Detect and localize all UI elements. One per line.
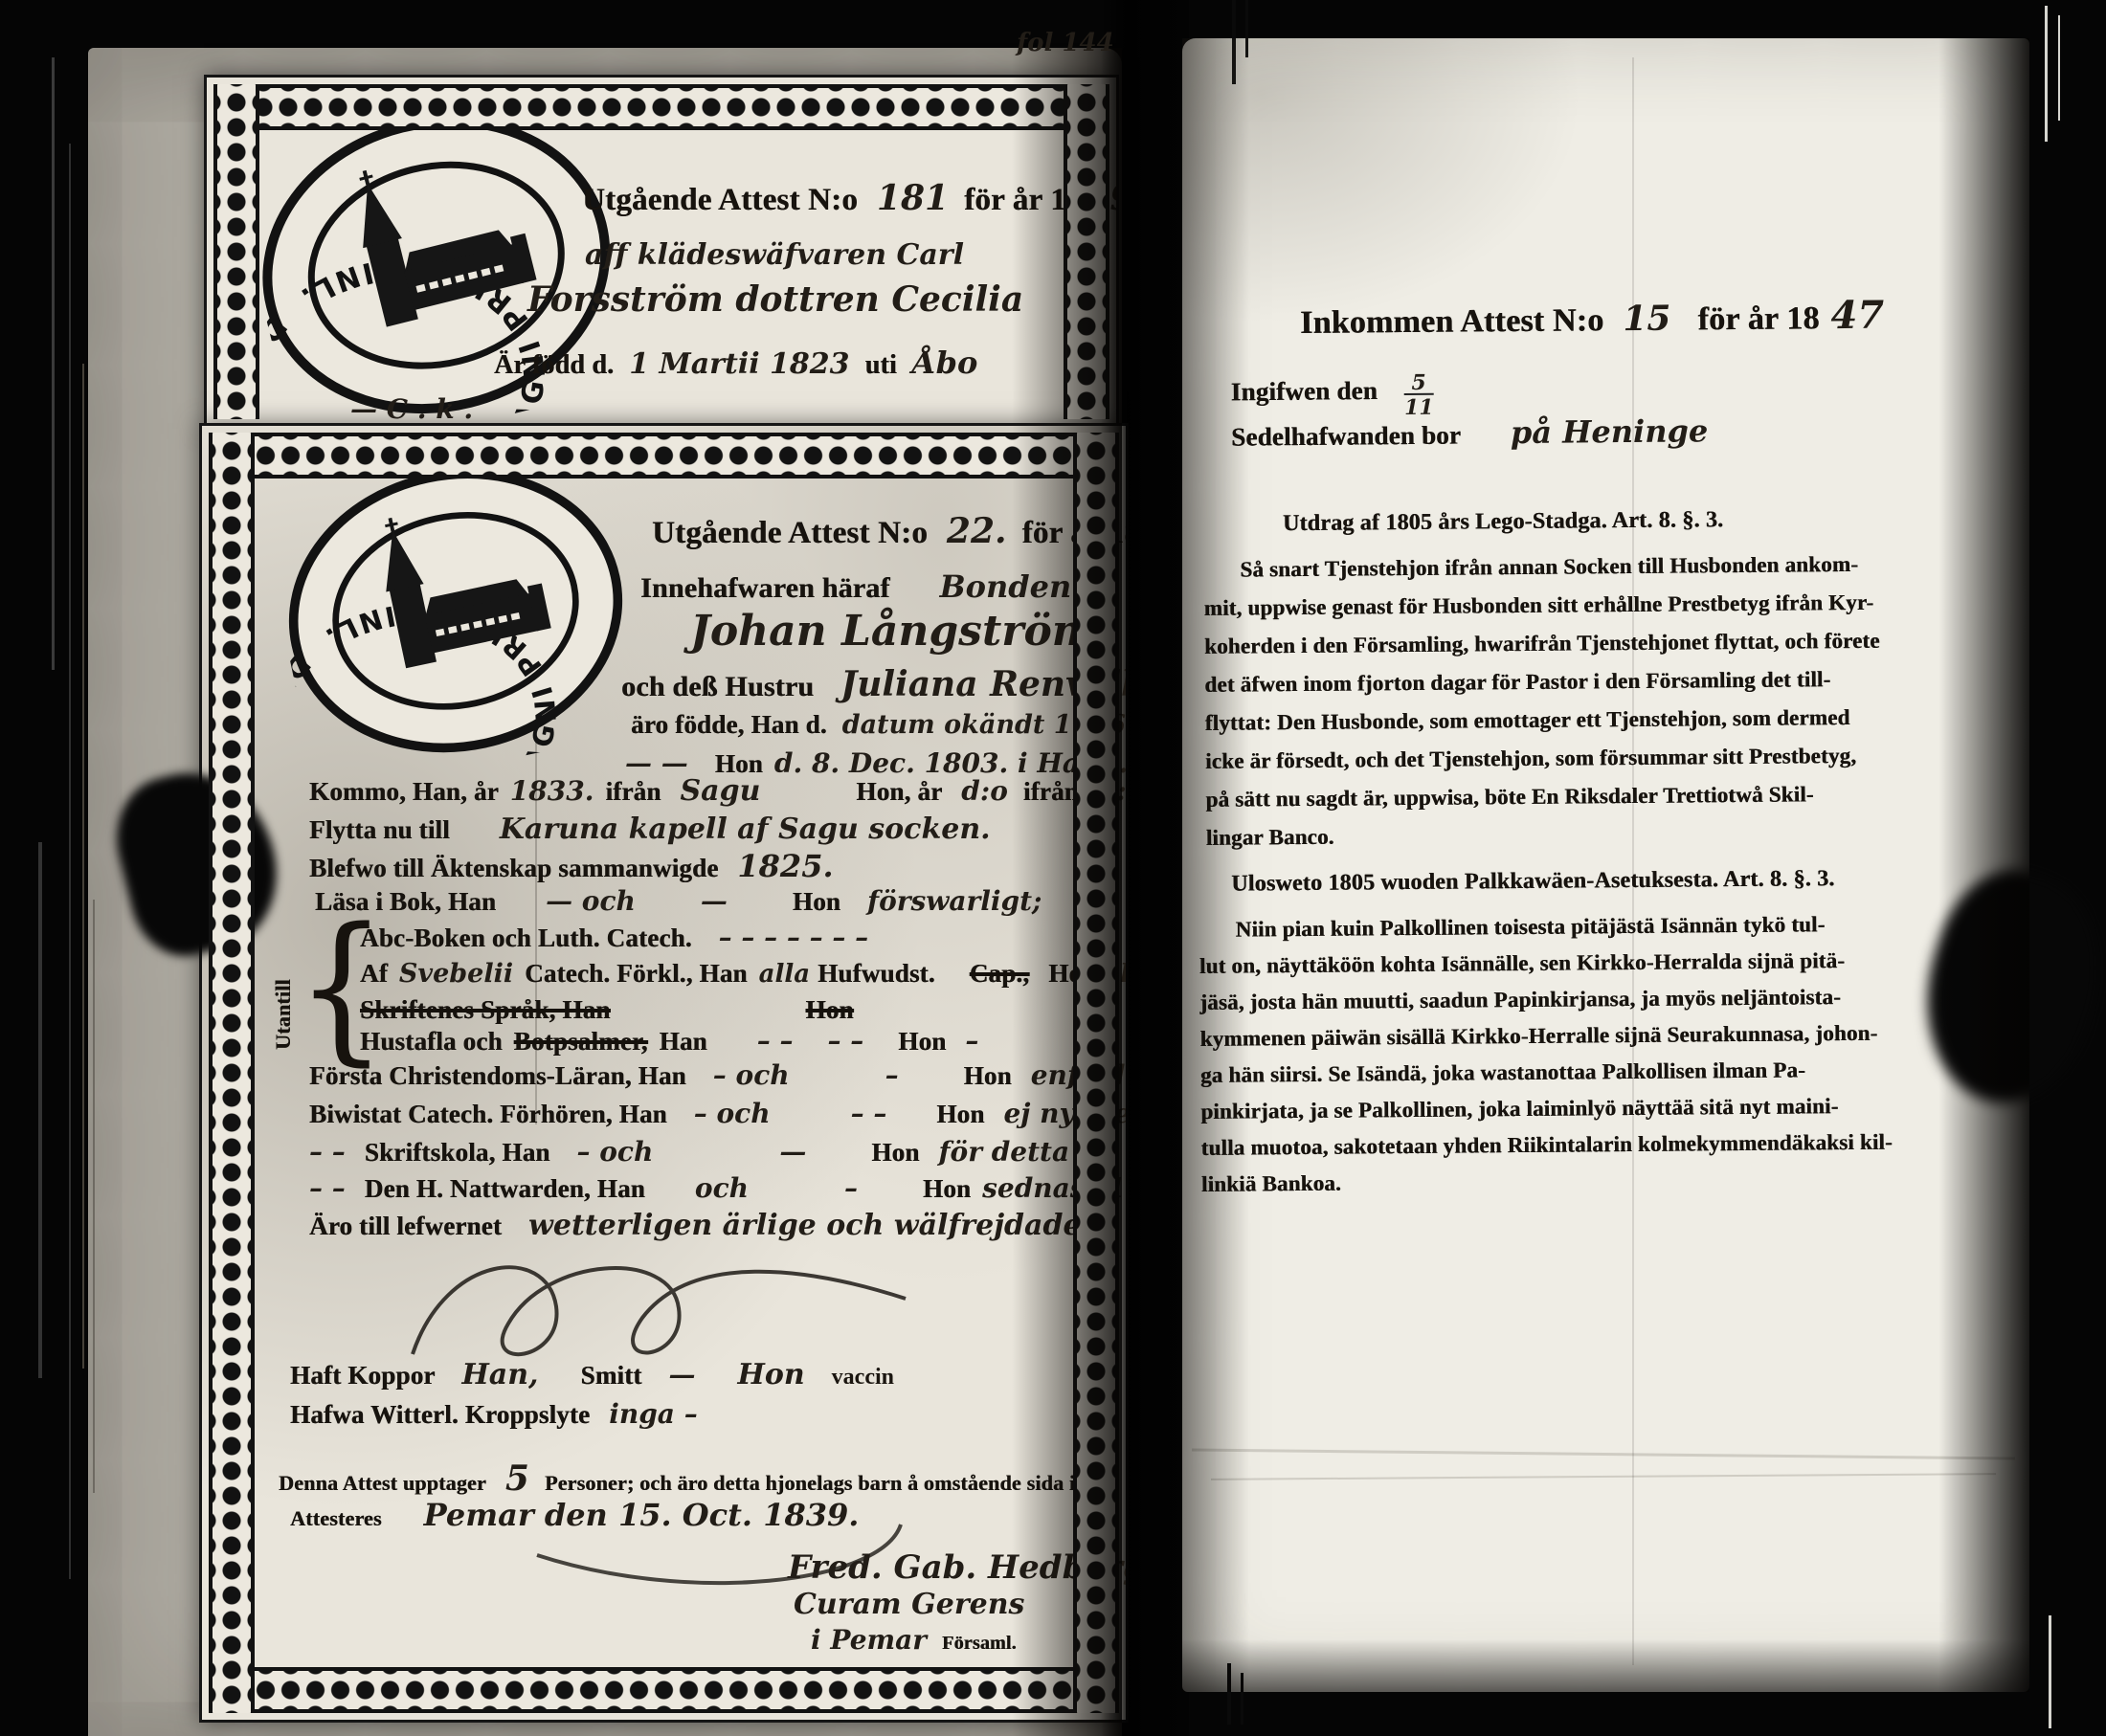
memory-label-text: Utantill xyxy=(271,979,295,1050)
finnish-line: Niin pian kuin Palkollinen toisesta pitä… xyxy=(1199,912,1825,943)
skrift-hon: Hon xyxy=(871,1138,919,1167)
lyte-value: inga – xyxy=(609,1398,697,1430)
move-line: Flytta nu till Karuna kapell af Sagu soc… xyxy=(309,814,991,845)
rosette-border-top xyxy=(209,433,1119,479)
title-year: 47 xyxy=(1830,293,1884,338)
binding-streak xyxy=(52,57,55,670)
forhor-label: Biwistat Catech. Förhören, Han xyxy=(309,1100,667,1128)
swedish-line: det äfwen inom fjorton dagar för Pastor … xyxy=(1204,667,1830,698)
lyte-line: Hafwa Witterl. Kroppslyte inga – xyxy=(290,1400,698,1428)
forhor-och: – och xyxy=(694,1098,771,1129)
came-from-label: ifrån xyxy=(605,777,661,806)
abc-line: Abc-Boken och Luth. Catech. – – – – – – … xyxy=(360,924,868,951)
bearer-line: Sedelhafwanden bor på Heninge xyxy=(1231,415,1708,452)
bearer-label: Sedelhafwanden bor xyxy=(1231,421,1461,452)
page-edge-shadow xyxy=(1938,38,2029,1692)
swedish-line: koherden i den Församling, hwarifrån Tje… xyxy=(1204,629,1880,659)
forhor-line: Biwistat Catech. Förhören, Han – och – –… xyxy=(309,1100,1129,1127)
skrift-label: Skriftskola, Han xyxy=(365,1138,550,1167)
title-number: 22. xyxy=(947,511,1007,551)
cat-svebelii: Svebelii xyxy=(399,959,513,989)
laran-hon: Hon xyxy=(964,1061,1012,1090)
married-line: Blefwo till Äktenskap sammanwigde 1825. xyxy=(309,851,834,883)
conduct-label: Äro till lefwernet xyxy=(309,1212,502,1240)
gutter-shadow xyxy=(1182,38,1249,1692)
cat-af: Af xyxy=(360,959,388,988)
hustafla-line: Hustafla och Botpsalmer, Han – – – – Hon… xyxy=(360,1027,978,1055)
page-bottom-shadow xyxy=(1182,1639,2029,1692)
binding-streak xyxy=(38,842,42,1378)
page-edge-shadow xyxy=(1012,48,1122,1736)
dash: — xyxy=(779,1136,806,1168)
cert-top-ink-fragment: — C . k . xyxy=(350,395,473,423)
born-value: 1 Martii 1823 xyxy=(629,347,849,381)
hustafla-han: Han xyxy=(660,1027,707,1056)
title-mid: för år 18 xyxy=(1697,300,1819,337)
came-wife-year: d:o xyxy=(961,775,1008,807)
married-label: Blefwo till Äktenskap sammanwigde xyxy=(309,854,718,882)
move-value: Karuna kapell af Sagu socken. xyxy=(500,812,991,846)
signature-title: Curam Gerens xyxy=(794,1588,1024,1621)
nattward-label: Den H. Nattwarden, Han xyxy=(365,1174,645,1203)
dash: – xyxy=(965,1025,978,1057)
dioecesis-aboensis-seal: DIOECESIS ABOENSIS MAGNI PRINC: FINL. xyxy=(257,432,657,799)
finnish-line: jäsä, josta hän muutti, saadun Papinkirj… xyxy=(1199,985,1841,1015)
swedish-heading: Utdrag af 1805 års Lego-Stadga. Art. 8. … xyxy=(1283,507,1724,537)
rosette-border-bottom xyxy=(209,1667,1119,1713)
binding-streak xyxy=(82,364,84,1369)
left-page: DIOECESIS ABOENSIS MAGNI PRINC: FINL. xyxy=(88,48,1122,1736)
married-year: 1825. xyxy=(737,848,833,884)
move-label: Flytta nu till xyxy=(309,815,450,844)
certificate-utgaende-attest-22: DIOECESIS ABOENSIS MAGNI PRINC: FINL. xyxy=(199,423,1129,1723)
abc-dashes: – – – – – – – xyxy=(719,922,869,953)
given-date-fraction: 5 11 xyxy=(1404,372,1434,418)
given-line: Ingifwen den 5 11 xyxy=(1231,372,1434,420)
fraction-denominator: 11 xyxy=(1404,393,1434,418)
folio-text: fol 144 xyxy=(1017,29,1114,57)
nattward-hon: Hon xyxy=(923,1174,971,1203)
finnish-line: lut on, näyttäköön kohta Isännälle, sen … xyxy=(1199,948,1845,979)
film-edge-line xyxy=(2049,1615,2051,1728)
folio-annotation: fol 144 xyxy=(1017,31,1114,56)
hw-text: Forsström dottren Cecilia xyxy=(527,279,1023,320)
dash: – – xyxy=(851,1098,887,1129)
hustafla-struck: Botpsalmer, xyxy=(514,1027,648,1056)
forhor-hon: Hon xyxy=(936,1100,984,1128)
rosette-border-left xyxy=(209,433,255,1713)
finnish-line: tulla muotoa, sakotetaan yhden Riikintal… xyxy=(1200,1130,1892,1161)
finnish-heading: Ulosweto 1805 wuoden Palkkawäen-Asetukse… xyxy=(1231,866,1834,897)
swedish-line: Så snart Tjenstehjon ifrån annan Socken … xyxy=(1203,552,1858,583)
born-label: äro födde, Han d. xyxy=(631,710,827,739)
wife-label: och deß Hustru xyxy=(621,671,814,702)
certificate-utgaende-attest-181: DIOECESIS ABOENSIS MAGNI PRINC: FINL. xyxy=(204,75,1119,429)
dash: — xyxy=(701,885,728,917)
came-wife-label: Hon, år xyxy=(856,777,942,806)
finnish-line: pinkirjata, ja se Palkollinen, joka laim… xyxy=(1200,1094,1838,1124)
holder-label: Innehafwaren häraf xyxy=(640,572,890,604)
laran-och: – och xyxy=(713,1059,790,1091)
binding-streak xyxy=(69,144,71,1579)
title-printed: Utgående Attest N:o xyxy=(652,516,928,550)
hustafla-label: Hustafla och xyxy=(360,1027,503,1056)
right-page: Inkommen Attest N:o 15 för år 18 47 Ingi… xyxy=(1182,38,2029,1692)
swedish-line: mit, uppwise genast för Husbonden sitt e… xyxy=(1204,590,1874,621)
script-hon-struck: Hon xyxy=(806,995,854,1024)
came-place: Sagu xyxy=(680,774,760,808)
born-place: Åbo xyxy=(912,345,978,381)
rosette-border-left xyxy=(213,84,259,419)
swedish-line: på sätt nu sagdt är, uppwisa, böte En Ri… xyxy=(1205,782,1813,812)
signature-parish-printed: Församl. xyxy=(942,1633,1017,1654)
cert-top-number: 181 xyxy=(877,178,949,218)
memory-vertical-label: Utantill xyxy=(271,979,296,1050)
hustafla-hon: Hon xyxy=(898,1027,946,1056)
abc-label: Abc-Boken och Luth. Catech. xyxy=(360,924,692,952)
rosette-border-top xyxy=(213,84,1109,130)
given-label: Ingifwen den xyxy=(1231,376,1378,406)
scripture-line-struck: Skriftenes Språk, Han Hon xyxy=(360,996,854,1023)
fraction-numerator: 5 xyxy=(1411,372,1426,393)
finnish-line: ga hän siirsi. Se Isändä, joka wastanott… xyxy=(1200,1057,1805,1088)
read-hon: Hon xyxy=(793,887,840,916)
came-line: Kommo, Han, år 1833. ifrån Sagu Hon, år … xyxy=(309,776,1129,807)
came-year: 1833. xyxy=(510,775,594,807)
swedish-line: flyttat: Den Husbonde, som emottager ett… xyxy=(1205,705,1850,736)
dash: — xyxy=(669,1359,696,1391)
fold-line xyxy=(1632,57,1634,1665)
binding-streak xyxy=(93,900,95,1493)
dash: – – xyxy=(309,1136,346,1168)
script-struck: Skriftenes Språk, Han xyxy=(360,995,611,1024)
microfilm-photo-of-church-book: DIOECESIS ABOENSIS MAGNI PRINC: FINL. xyxy=(0,0,2106,1736)
hw-text: — C . k . xyxy=(350,393,473,425)
pox-han: Han, xyxy=(461,1358,538,1391)
hw-text: aff klädeswäfvaren Carl xyxy=(585,238,964,272)
signature-line-2: Curam Gerens xyxy=(794,1590,1024,1620)
count-value: 5 xyxy=(505,1458,529,1499)
dash: – – xyxy=(757,1025,794,1057)
cert-top-handwritten-line-1: aff klädeswäfvaren Carl xyxy=(585,240,964,271)
read-line: Läsa i Bok, Han — och — Hon förswarligt; xyxy=(315,887,1042,915)
born-label-2: uti xyxy=(865,350,897,380)
cat-hufwudst: Hufwudst. xyxy=(818,959,935,988)
dash: – xyxy=(885,1059,899,1091)
pox-smitt: Smitt xyxy=(581,1361,642,1390)
film-edge-line xyxy=(2045,6,2048,142)
cat-forkl: Catech. Förkl., Han xyxy=(525,959,748,988)
nattward-line: – – Den H. Nattwarden, Han och – Hon sed… xyxy=(309,1174,1129,1202)
nattward-och: och xyxy=(695,1172,749,1204)
bearer-value: på Heninge xyxy=(1511,412,1709,451)
dash: — — xyxy=(625,747,688,779)
conduct-value: wetterligen ärlige och wälfrejdade xyxy=(528,1209,1082,1242)
film-edge-line xyxy=(2058,15,2060,121)
laran-line: Första Christendoms-Läran, Han – och – H… xyxy=(309,1061,1129,1089)
came-label: Kommo, Han, år xyxy=(309,777,499,806)
lyte-label: Hafwa Witterl. Kroppslyte xyxy=(290,1400,590,1429)
skriftskola-line: – – Skriftskola, Han – och — Hon för det… xyxy=(309,1138,1069,1166)
cat-alla: alla xyxy=(759,960,810,989)
born-label: Är född d. xyxy=(494,350,614,380)
laran-label: Första Christendoms-Läran, Han xyxy=(309,1061,686,1090)
title-number: 15 xyxy=(1623,299,1670,339)
count-line: Denna Attest upptager 5 Personer; och är… xyxy=(279,1461,1105,1498)
attest-label: Attesteres xyxy=(290,1506,382,1530)
signature-line-3: i Pemar Församl. xyxy=(811,1626,1017,1654)
dash: – xyxy=(844,1172,858,1204)
pox-vaccin: vaccin xyxy=(832,1365,894,1390)
swedish-line: icke är försedt, och det Tjenstehjon, so… xyxy=(1205,744,1856,774)
count-label: Denna Attest upptager xyxy=(279,1471,486,1495)
holder-line: Innehafwaren häraf Bonden xyxy=(640,571,1071,604)
cert-top-title-printed: Utgående Attest N:o xyxy=(582,183,858,217)
cert-top-handwritten-line-2: Forsström dottren Cecilia xyxy=(527,282,1023,319)
dash: – – xyxy=(309,1172,346,1204)
signature-parish-hw: i Pemar xyxy=(811,1624,927,1656)
skrift-och: – och xyxy=(577,1136,654,1168)
pox-line: Haft Koppor Han, Smitt — Hon vaccin xyxy=(290,1360,894,1391)
pox-hon: Hon xyxy=(738,1358,805,1391)
dash: – – xyxy=(828,1025,864,1057)
cert-top-born-line: Är född d. 1 Martii 1823 uti Åbo xyxy=(494,347,977,380)
finnish-line: kymmenen päiwän sisällä Kirkko-Herralle … xyxy=(1199,1021,1877,1052)
pox-label: Haft Koppor xyxy=(290,1361,435,1390)
conduct-line: Äro till lefwernet wetterligen ärlige oc… xyxy=(309,1211,1082,1241)
read-och: — och xyxy=(546,885,636,917)
